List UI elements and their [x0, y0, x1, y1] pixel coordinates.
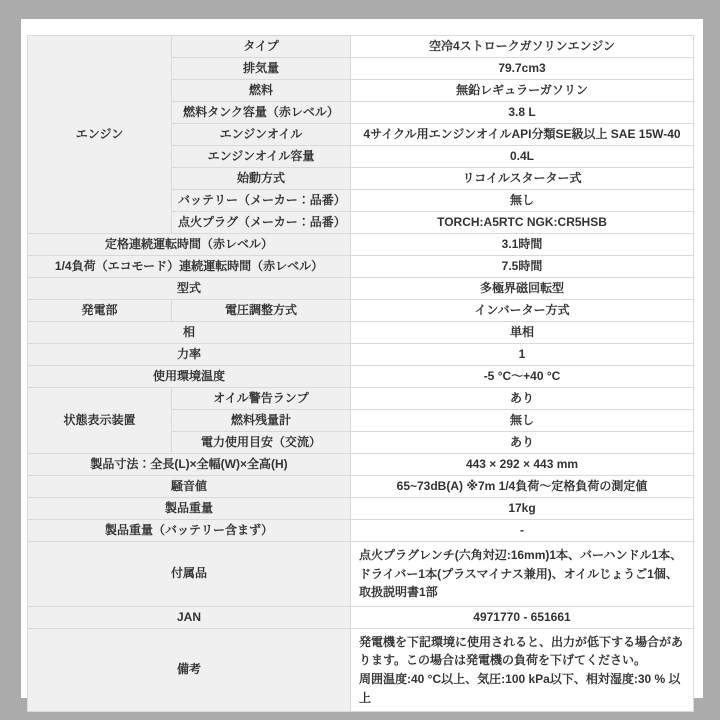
row-label-cell: 型式 — [28, 278, 351, 300]
row-value-cell: - — [351, 520, 694, 542]
row-value-cell: 無鉛レギュラーガソリン — [351, 80, 694, 102]
row-label-cell: 力率 — [28, 344, 351, 366]
table-row: 使用環境温度 -5 °C～+40 °C — [28, 366, 694, 388]
row-value-cell: 17kg — [351, 498, 694, 520]
row-label-cell: エンジンオイル容量 — [172, 146, 351, 168]
row-value-cell: インバーター方式 — [351, 300, 694, 322]
row-value-cell: 発電機を下記環境に使用されると、出力が低下する場合があります。この場合は発電機の… — [351, 628, 694, 711]
row-label-cell: 相 — [28, 322, 351, 344]
row-label-cell: エンジンオイル — [172, 124, 351, 146]
table-row: 付属品 点火プラグレンチ(六角対辺:16mm)1本、バーハンドル1本、ドライバー… — [28, 542, 694, 607]
row-label-cell: JAN — [28, 606, 351, 628]
table-row: 定格連続運転時間（赤レベル） 3.1時間 — [28, 234, 694, 256]
table-row: 騒音値 65~73dB(A) ※7m 1/4負荷～定格負荷の測定値 — [28, 476, 694, 498]
row-value-cell: 3.8 L — [351, 102, 694, 124]
row-label-cell: 1/4負荷（エコモード）連続運転時間（赤レベル） — [28, 256, 351, 278]
table-row: JAN 4971770 - 651661 — [28, 606, 694, 628]
row-value-cell: 65~73dB(A) ※7m 1/4負荷～定格負荷の測定値 — [351, 476, 694, 498]
row-value-cell: 0.4L — [351, 146, 694, 168]
spec-table: エンジン タイプ 空冷4ストロークガソリンエンジン 排気量 79.7cm3 燃料… — [27, 35, 694, 712]
table-row: 発電部 電圧調整方式 インバーター方式 — [28, 300, 694, 322]
row-value-cell: 無し — [351, 190, 694, 212]
row-value-cell: リコイルスターター式 — [351, 168, 694, 190]
table-row: 製品寸法：全長(L)×全幅(W)×全高(H) 443 × 292 × 443 m… — [28, 454, 694, 476]
table-row: 力率 1 — [28, 344, 694, 366]
row-value-cell: あり — [351, 388, 694, 410]
row-value-cell: 4971770 - 651661 — [351, 606, 694, 628]
table-row: 相 単相 — [28, 322, 694, 344]
table-row: 備考 発電機を下記環境に使用されると、出力が低下する場合があります。この場合は発… — [28, 628, 694, 711]
row-group-cell: 発電部 — [28, 300, 172, 322]
row-label-cell: タイプ — [172, 36, 351, 58]
row-label-cell: 騒音値 — [28, 476, 351, 498]
table-row: 製品重量（バッテリー含まず） - — [28, 520, 694, 542]
row-label-cell: 付属品 — [28, 542, 351, 607]
row-group-cell: エンジン — [28, 36, 172, 234]
row-label-cell: 製品重量 — [28, 498, 351, 520]
row-value-cell: -5 °C～+40 °C — [351, 366, 694, 388]
row-value-cell: 79.7cm3 — [351, 58, 694, 80]
row-value-cell: 点火プラグレンチ(六角対辺:16mm)1本、バーハンドル1本、ドライバー1本(プ… — [351, 542, 694, 607]
row-value-cell: 1 — [351, 344, 694, 366]
row-value-cell: 空冷4ストロークガソリンエンジン — [351, 36, 694, 58]
row-label-cell: 始動方式 — [172, 168, 351, 190]
row-value-cell: 無し — [351, 410, 694, 432]
row-label-cell: 使用環境温度 — [28, 366, 351, 388]
row-label-cell: 燃料タンク容量（赤レベル） — [172, 102, 351, 124]
row-label-cell: バッテリー（メーカー：品番） — [172, 190, 351, 212]
row-value-cell: TORCH:A5RTC NGK:CR5HSB — [351, 212, 694, 234]
row-value-cell: 単相 — [351, 322, 694, 344]
row-label-cell: 点火プラグ（メーカー：品番） — [172, 212, 351, 234]
content-card: エンジン タイプ 空冷4ストロークガソリンエンジン 排気量 79.7cm3 燃料… — [21, 19, 703, 698]
row-label-cell: 定格連続運転時間（赤レベル） — [28, 234, 351, 256]
row-label-cell: 製品重量（バッテリー含まず） — [28, 520, 351, 542]
row-label-cell: 燃料 — [172, 80, 351, 102]
row-value-cell: 多極界磁回転型 — [351, 278, 694, 300]
row-label-cell: 排気量 — [172, 58, 351, 80]
row-group-cell: 状態表示装置 — [28, 388, 172, 454]
row-label-cell: 燃料残量計 — [172, 410, 351, 432]
row-label-cell: オイル警告ランプ — [172, 388, 351, 410]
table-row: 状態表示装置 オイル警告ランプ あり — [28, 388, 694, 410]
row-label-cell: 備考 — [28, 628, 351, 711]
table-row: エンジン タイプ 空冷4ストロークガソリンエンジン — [28, 36, 694, 58]
row-value-cell: 4サイクル用エンジンオイルAPI分類SE級以上 SAE 15W-40 — [351, 124, 694, 146]
row-value-cell: 443 × 292 × 443 mm — [351, 454, 694, 476]
row-value-cell: あり — [351, 432, 694, 454]
row-value-cell: 3.1時間 — [351, 234, 694, 256]
row-label-cell: 電力使用目安（交流） — [172, 432, 351, 454]
table-row: 型式 多極界磁回転型 — [28, 278, 694, 300]
row-value-cell: 7.5時間 — [351, 256, 694, 278]
row-label-cell: 製品寸法：全長(L)×全幅(W)×全高(H) — [28, 454, 351, 476]
table-row: 1/4負荷（エコモード）連続運転時間（赤レベル） 7.5時間 — [28, 256, 694, 278]
row-label-cell: 電圧調整方式 — [172, 300, 351, 322]
table-row: 製品重量 17kg — [28, 498, 694, 520]
